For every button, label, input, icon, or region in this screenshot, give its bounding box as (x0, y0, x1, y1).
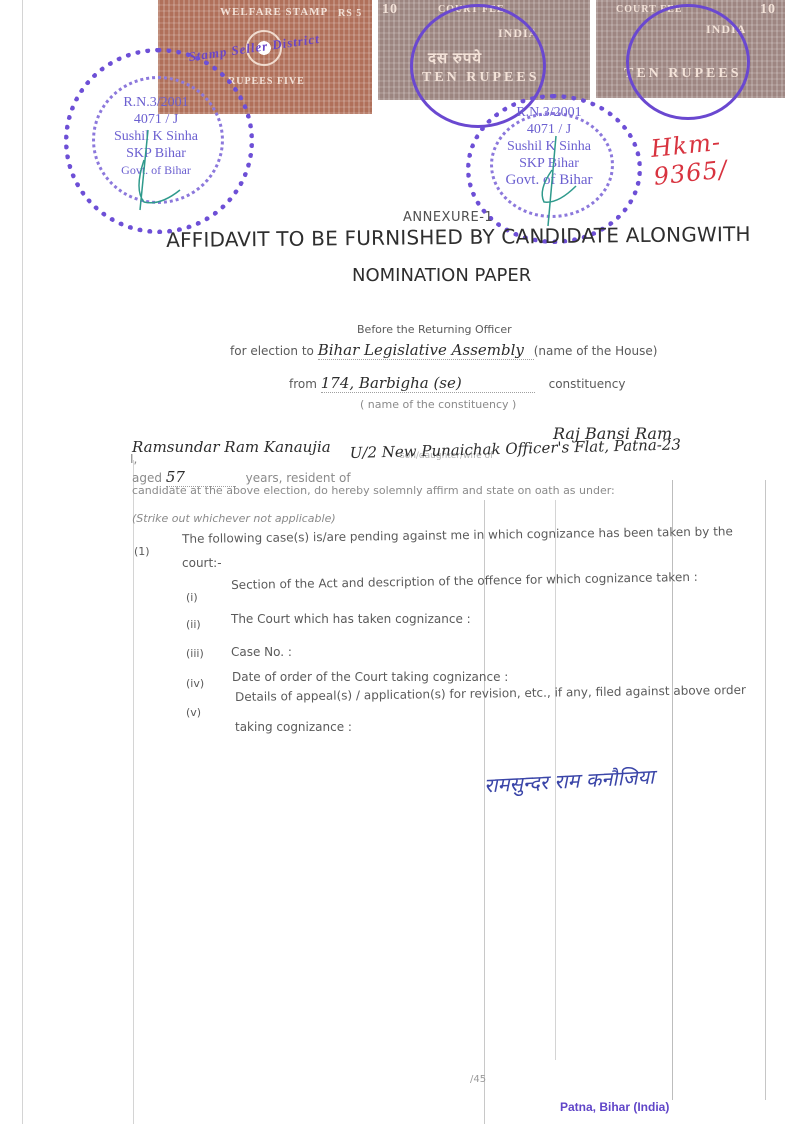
deponent-signature: रामसुन्दर राम कनौजिया (483, 763, 654, 799)
scan-streak (22, 0, 23, 1124)
seal-line: R.N.3/2001 (104, 94, 208, 111)
subitem-v-number: (v) (186, 706, 201, 719)
notary-initials-mark (130, 120, 190, 230)
scan-streak (133, 460, 134, 1124)
address-field[interactable]: U/2 New Punaichak Officer's Flat, Patna-… (350, 435, 682, 462)
deponent-name-field[interactable]: Ramsundar Ram Kanaujia (132, 438, 331, 456)
subitem-v-text-line2: taking cognizance : (235, 720, 352, 734)
subitem-iii-number: (iii) (186, 647, 204, 660)
document-title-line2: NOMINATION PAPER (352, 265, 531, 286)
notary-initials-mark (530, 130, 580, 230)
constituency-suffix: constituency (549, 377, 626, 391)
constituency-line: from 174, Barbigha (se) constituency (289, 374, 625, 393)
annexure-label: ANNEXURE-1 (403, 210, 493, 225)
page-number: /45 (470, 1074, 486, 1085)
subitem-iv-text: Date of order of the Court taking cogniz… (232, 670, 508, 684)
subitem-v-text: Details of appeal(s) / application(s) fo… (235, 683, 746, 704)
court-fee-corner-value: 10 (760, 2, 776, 18)
constituency-field[interactable]: 174, Barbigha (se) (321, 374, 535, 393)
item-1-text-line2: court:- (182, 556, 222, 570)
subitem-i-number: (i) (186, 591, 198, 604)
affirmation-text: candidate at the above election, do here… (132, 484, 615, 497)
subitem-i-text: Section of the Act and description of th… (231, 570, 698, 592)
scan-streak (484, 500, 485, 1124)
stamp-cancellation-seal (626, 4, 750, 120)
court-fee-corner-value: 10 (382, 2, 398, 18)
constituency-note: ( name of the constituency ) (360, 398, 516, 411)
residence-label: years, resident of (246, 471, 351, 485)
scan-streak (765, 480, 766, 1100)
election-suffix: (name of the House) (534, 344, 658, 358)
item-1-number: (1) (134, 545, 150, 558)
subitem-iii-text: Case No. : (231, 645, 292, 659)
house-name-field[interactable]: Bihar Legislative Assembly (318, 341, 534, 360)
aged-label: aged (132, 471, 162, 485)
instruction-text: (Strike out whichever not applicable) (132, 512, 336, 525)
welfare-stamp-footer: RUPEES FIVE (228, 76, 305, 87)
subitem-iv-number: (iv) (186, 677, 204, 690)
election-line: for election to Bihar Legislative Assemb… (230, 341, 657, 360)
red-annotation: Hkm- 9365/ (649, 121, 785, 191)
election-prefix: for election to (230, 344, 314, 358)
returning-officer-label: Before the Returning Officer (357, 323, 512, 336)
seal-line: R.N.3/2001 (486, 104, 612, 121)
welfare-stamp-denomination: RS 5 (338, 8, 362, 19)
footer-stamp-text: Patna, Bihar (India) (560, 1100, 669, 1114)
item-1-text: The following case(s) is/are pending aga… (182, 524, 733, 546)
document-title-line1: AFFIDAVIT TO BE FURNISHED BY CANDIDATE A… (166, 222, 751, 252)
subitem-ii-number: (ii) (186, 618, 201, 631)
welfare-stamp-header: WELFARE STAMP (220, 6, 328, 18)
subitem-ii-text: The Court which has taken cognizance : (231, 612, 471, 626)
from-prefix: from (289, 377, 317, 391)
